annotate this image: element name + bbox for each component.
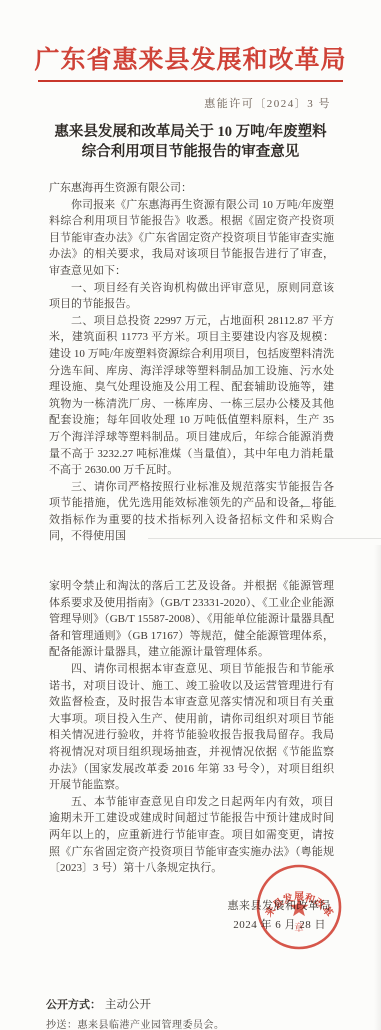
document-title-line2: 综合利用项目节能报告的审查意见 (26, 142, 355, 162)
cc-line: 抄送：惠来县临港产业园管理委员会。 (46, 1016, 225, 1030)
disclosure-method-label: 公开方式： (46, 999, 101, 1011)
disclosure-method-value: 主动公开 (105, 999, 151, 1011)
document-title-line1: 惠来县发展和改革局关于 10 万吨/年废塑料 (26, 122, 355, 142)
paragraph-item3-part1: 三、请你司严格按照行业标准及规范落实节能报告各项节能措施，优先选用能效标准领先的… (49, 479, 334, 545)
agency-letterhead: 广东省惠来县发展和改革局 (0, 40, 381, 76)
paragraph-intro: 你司报来《广东惠海再生资源有限公司 10 万吨/年废塑料综合利用项目节能报告》收… (49, 197, 334, 280)
seal-bottom-text: 章 (294, 922, 304, 934)
paragraph-item3-part2: 家明令禁止和淘汰的落后工艺及设备。并根据《能源管理体系要求及使用指南》（GB/T… (49, 578, 334, 661)
svg-text:惠来县发展和改革局: 惠来县发展和改革局 (253, 861, 336, 919)
document-title: 惠来县发展和改革局关于 10 万吨/年废塑料 综合利用项目节能报告的审查意见 (26, 122, 355, 162)
paragraph-item2: 二、项目总投资 22997 万元，占地面积 28112.87 平方米，建筑面积 … (49, 313, 334, 479)
official-seal: 惠来县发展和改革局 章 (253, 861, 345, 953)
letterhead-rule (38, 80, 343, 82)
page-number: — 1 — (299, 500, 337, 512)
document-number: 惠能许可〔2024〕3 号 (204, 95, 331, 111)
seal-arc-text: 惠来县发展和改革局 (253, 861, 336, 919)
scan-edge-shadow (374, 545, 381, 1030)
page-separator-line (148, 538, 381, 539)
disclosure-method: 公开方式：主动公开 (46, 996, 151, 1012)
body-page2: 家明令禁止和淘汰的落后工艺及设备。并根据《能源管理体系要求及使用指南》（GB/T… (49, 578, 334, 877)
paragraph-item1: 一、项目经有关咨询机构做出评审意见，原则同意该项目的节能报告。 (49, 280, 334, 313)
paragraph-item4: 四、请你司根据本审查意见、项目节能报告和节能承诺书，对项目设计、施工、竣工验收以… (49, 661, 334, 794)
scanned-document-page: 广东省惠来县发展和改革局 惠能许可〔2024〕3 号 惠来县发展和改革局关于 1… (0, 0, 381, 1030)
addressee: 广东惠海再生资源有限公司： (49, 180, 334, 197)
body-page1: 广东惠海再生资源有限公司： 你司报来《广东惠海再生资源有限公司 10 万吨/年废… (49, 180, 334, 545)
